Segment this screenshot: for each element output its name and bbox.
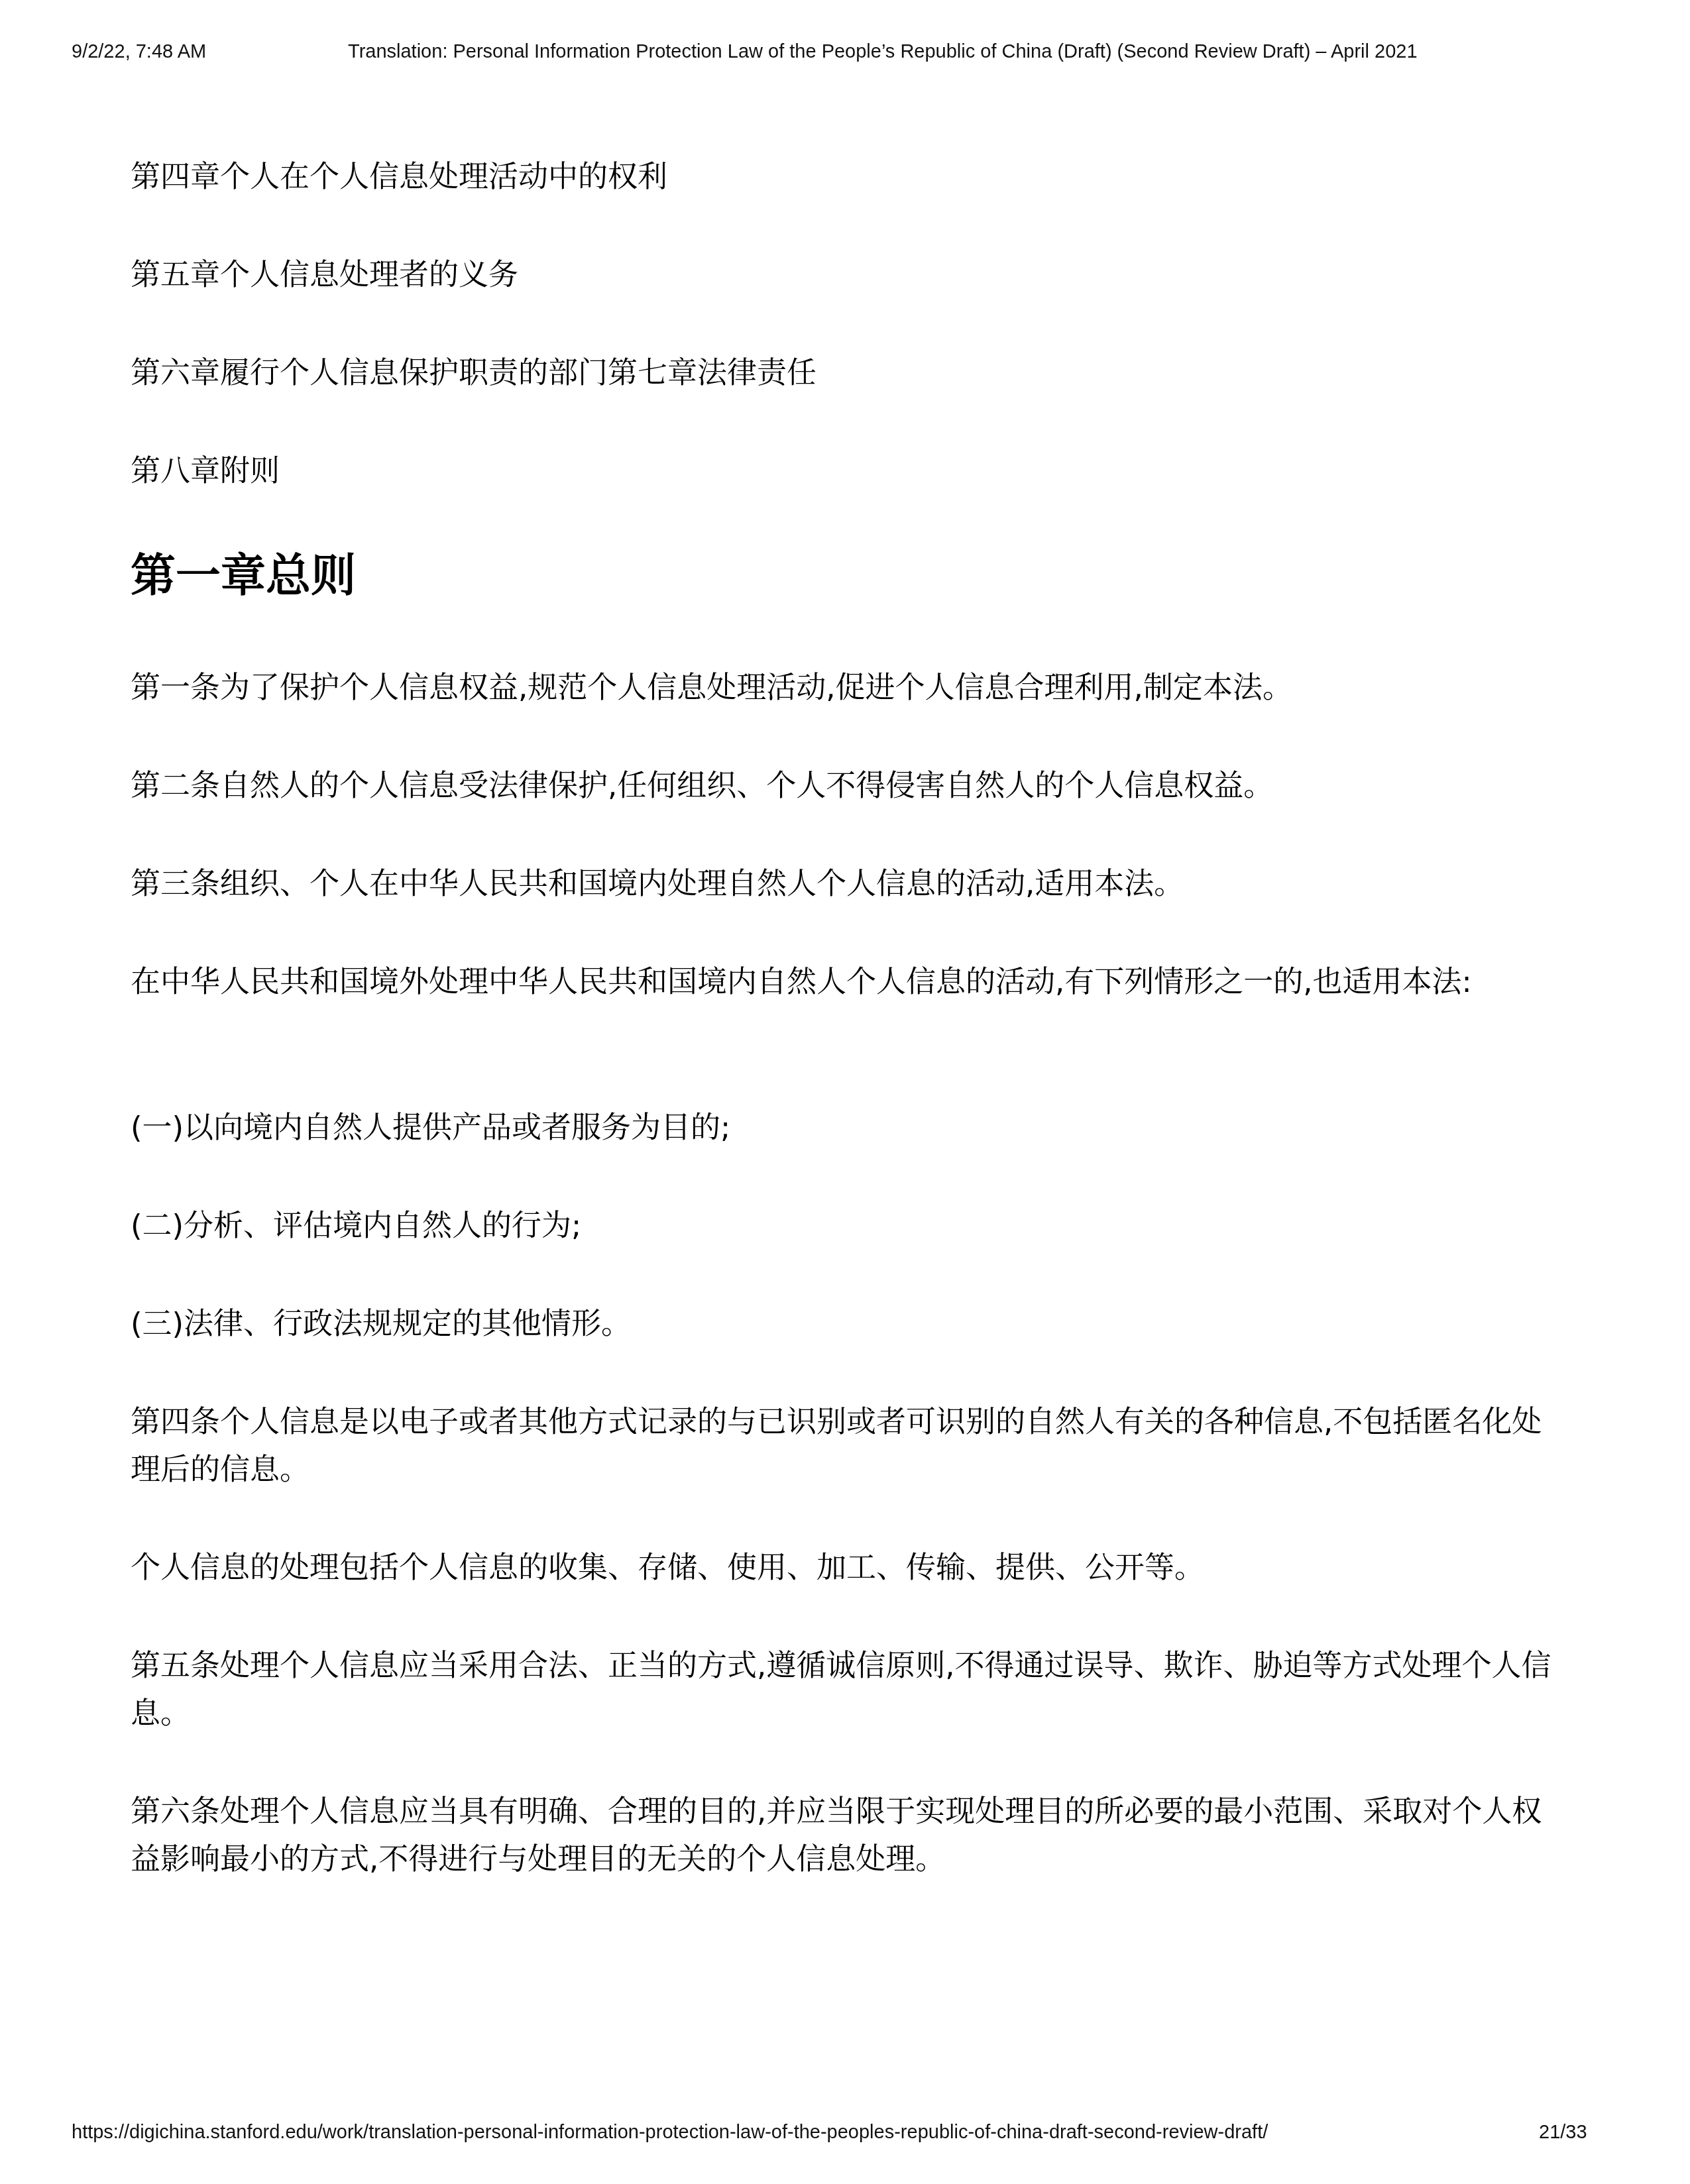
- print-datetime: 9/2/22, 7:48 AM: [72, 41, 206, 63]
- article-3-item-1: (一)以向境内自然人提供产品或者服务为目的;: [131, 1104, 1555, 1152]
- article-2: 第二条自然人的个人信息受法律保护,任何组织、个人不得侵害自然人的个人信息权益。: [131, 762, 1555, 810]
- print-footer: https://digichina.stanford.edu/work/tran…: [0, 2122, 1690, 2148]
- toc-item-chapter-4: 第四章个人在个人信息处理活动中的权利: [131, 157, 667, 197]
- toc-item-chapter-8: 第八章附则: [131, 451, 280, 491]
- print-header: 9/2/22, 7:48 AM Translation: Personal In…: [0, 41, 1690, 68]
- article-6: 第六条处理个人信息应当具有明确、合理的目的,并应当限于实现处理目的所必要的最小范…: [131, 1788, 1555, 1883]
- article-5: 第五条处理个人信息应当采用合法、正当的方式,遵循诚信原则,不得通过误导、欺诈、胁…: [131, 1642, 1555, 1737]
- toc-item-chapter-5: 第五章个人信息处理者的义务: [131, 255, 518, 295]
- source-url[interactable]: https://digichina.stanford.edu/work/tran…: [72, 2122, 1268, 2144]
- article-4-processing: 个人信息的处理包括个人信息的收集、存储、使用、加工、传输、提供、公开等。: [131, 1544, 1555, 1592]
- article-1: 第一条为了保护个人信息权益,规范个人信息处理活动,促进个人信息合理利用,制定本法…: [131, 664, 1555, 712]
- page-number: 21/33: [1539, 2122, 1587, 2144]
- document-title: Translation: Personal Information Protec…: [348, 41, 1418, 63]
- article-3: 第三条组织、个人在中华人民共和国境内处理自然人个人信息的活动,适用本法。: [131, 860, 1555, 908]
- article-3-item-2: (二)分析、评估境内自然人的行为;: [131, 1202, 1555, 1250]
- article-3-item-3: (三)法律、行政法规规定的其他情形。: [131, 1300, 1555, 1348]
- chapter-heading: 第一章总则: [131, 550, 356, 603]
- toc-item-chapter-6-7: 第六章履行个人信息保护职责的部门第七章法律责任: [131, 353, 817, 393]
- article-3-extraterritorial: 在中华人民共和国境外处理中华人民共和国境内自然人个人信息的活动,有下列情形之一的…: [131, 958, 1555, 1006]
- article-4: 第四条个人信息是以电子或者其他方式记录的与已识别或者可识别的自然人有关的各种信息…: [131, 1398, 1555, 1494]
